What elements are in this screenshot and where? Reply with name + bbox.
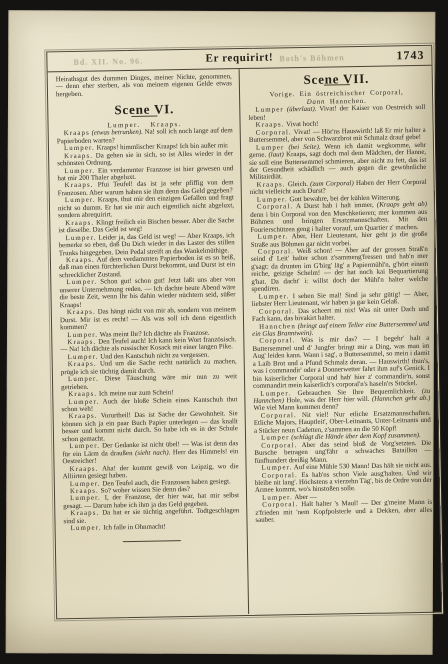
speaker-name: Lumper. bbox=[262, 464, 293, 472]
speaker-name: Lumper. bbox=[262, 494, 293, 502]
speaker-name: Kraaps. bbox=[70, 488, 99, 496]
speaker-name: Lumper. bbox=[64, 167, 95, 175]
speaker-name: Lumper. bbox=[68, 398, 99, 406]
speaker-name: Corporal. bbox=[259, 308, 295, 316]
dialogue-paragraph: Corporal. Halt halter 's Maul! — Der g'm… bbox=[255, 499, 432, 524]
speech-text: Aber — bbox=[293, 494, 317, 501]
scene-vi-end-rule bbox=[123, 540, 181, 542]
speaker-name: Corporal. bbox=[258, 248, 294, 256]
dialogue-paragraph: Lumper. Der Gedanke ist nicht übel! — Wa… bbox=[62, 440, 238, 465]
speaker-name: Lumper. bbox=[70, 495, 101, 503]
dialogue-paragraph: Kraaps. Auf dem verdammten Papierboden i… bbox=[59, 254, 235, 279]
dialogue-paragraph: Lumper. Kraaps, thut mir den einzigen Ge… bbox=[58, 195, 234, 220]
speaker-name: Lumper. bbox=[68, 353, 99, 361]
dialogue-paragraph: Corporal. Weiß schon! — Aber auf der gro… bbox=[251, 246, 429, 294]
speaker-name: Kraaps. bbox=[70, 510, 99, 518]
speaker-name: Lumper. bbox=[64, 145, 95, 153]
speaker-name: Kraaps. bbox=[70, 465, 99, 473]
speaker-name: Lumper. bbox=[257, 196, 288, 204]
speaker-name: Kraaps. bbox=[69, 413, 98, 421]
speaker-name: Hannchen bbox=[259, 323, 296, 331]
page-frame: Bd. XII. No. 96. Both's Böhmen Er requir… bbox=[46, 45, 442, 620]
speaker-name: Lumper. bbox=[65, 197, 96, 205]
speaker-name: Lumper. bbox=[260, 390, 291, 398]
speaker-name: Corporal. bbox=[257, 203, 293, 211]
dialogue-paragraph: Corporal. Aber das seind bloß de Vorg'se… bbox=[254, 440, 431, 465]
speaker-name: Kraaps. bbox=[67, 339, 96, 347]
left-column: Heirathsgut des dummen Dinges, meiner Ni… bbox=[48, 69, 249, 617]
text-columns: Heirathsgut des dummen Dinges, meiner Ni… bbox=[48, 66, 441, 618]
dialogue-paragraph: Corporal. Nit viel! Nur etliche Ersatzma… bbox=[254, 410, 431, 435]
scanned-paper-sheet: Bd. XII. No. 96. Both's Böhmen Er requir… bbox=[6, 10, 436, 655]
scene-vii-heading: Scene VII. bbox=[248, 74, 425, 85]
continuation-paragraph: Heirathsgut des dummen Dinges, meiner Ni… bbox=[56, 73, 232, 98]
speaker-name: Kraaps. bbox=[65, 219, 94, 227]
speaker-name: Lumper. bbox=[71, 525, 102, 533]
dialogue-paragraph: Lumper. Gebrauchen Sie Ihre Bequemlichke… bbox=[253, 387, 430, 412]
speaker-name: Lumper. bbox=[259, 293, 290, 301]
speaker-name: Corporal. bbox=[256, 129, 292, 137]
right-column: Scene VII. Vorige. Ein östreichischer Co… bbox=[240, 66, 441, 614]
speaker-name: Lumper bbox=[261, 435, 290, 442]
speaker-name: Lumper. bbox=[68, 376, 99, 384]
dialogue-paragraph: Kraaps. Das hängt nicht von mir ab, sond… bbox=[60, 306, 236, 331]
dialogue-paragraph: Lumper. Schon gut! schon gut! Jetzt laßt… bbox=[59, 277, 235, 310]
scene-vi-heading: Scene VI. bbox=[56, 105, 232, 116]
speaker-name: Kraaps. bbox=[64, 152, 93, 160]
page-number: 1743 bbox=[396, 48, 424, 63]
speaker-name: Lumper. bbox=[257, 233, 288, 241]
speaker-name: Corporal. bbox=[261, 412, 297, 420]
dialogue-paragraph: Lumper (bei Seite). Wenn ich damit wegko… bbox=[249, 141, 427, 181]
dialogue-paragraph: Lumper. Leider ja, das Geld ist weg! — A… bbox=[58, 232, 234, 257]
speaker-name: Kraaps. bbox=[257, 181, 286, 189]
speaker-name: Corporal. bbox=[262, 501, 298, 509]
dialogue-paragraph: Corporal. A Durst hab i halt immer, (Kra… bbox=[250, 201, 427, 234]
speaker-name: Kraaps. bbox=[66, 257, 95, 265]
dialogue-paragraph: Kraaps. Vorurtheil! Das ist Sache der Ge… bbox=[62, 411, 238, 444]
dialogue-paragraph: Kraaps. Den Teufel auch! Ich kann kein W… bbox=[60, 336, 236, 354]
speech-text: Ich falle in Ohnmacht! bbox=[101, 524, 165, 532]
speaker-name: Kraaps bbox=[64, 130, 90, 137]
speaker-name: Corporal. bbox=[261, 442, 297, 450]
speaker-name: Lumper. bbox=[66, 279, 97, 287]
cast-name: Hannchen. bbox=[330, 98, 367, 106]
speaker-name: Kraaps. bbox=[68, 391, 97, 399]
speaker-name: Kraaps. bbox=[68, 361, 97, 369]
speaker-name: Lumper. bbox=[65, 234, 96, 242]
speaker-name: Corporal. bbox=[262, 472, 298, 480]
speech-text: Vivat hoch! bbox=[284, 121, 318, 129]
speaker-name: Corporal. bbox=[259, 338, 295, 346]
speaker-name: Lumper bbox=[255, 107, 284, 114]
speaker-name: Lumper. bbox=[69, 443, 100, 451]
scene-vii-dialogue: Lumper (überlaut). Vivat! der Kaiser von… bbox=[248, 104, 432, 524]
scene-vi-dialogue: Kraaps (etwas betrunken). Na! soll ich n… bbox=[57, 127, 240, 532]
dialogue-paragraph: Corporal. Was is mir das? — I begehr' ha… bbox=[252, 335, 430, 390]
speaker-name: Lumper. bbox=[67, 331, 98, 339]
running-title: Er requirirt! bbox=[47, 49, 431, 68]
speaker-name: Lumper bbox=[256, 144, 285, 151]
speaker-name: Lumper. bbox=[70, 480, 101, 488]
speaker-name: Kraaps. bbox=[65, 182, 94, 190]
dialogue-paragraph: Corporal. Es hab'ns schon Viele ausg'hal… bbox=[255, 469, 432, 494]
speaker-name: Kraaps. bbox=[256, 122, 285, 130]
speaker-name: Kraaps. bbox=[67, 309, 96, 317]
cast-emphasis: Dann bbox=[307, 98, 326, 105]
